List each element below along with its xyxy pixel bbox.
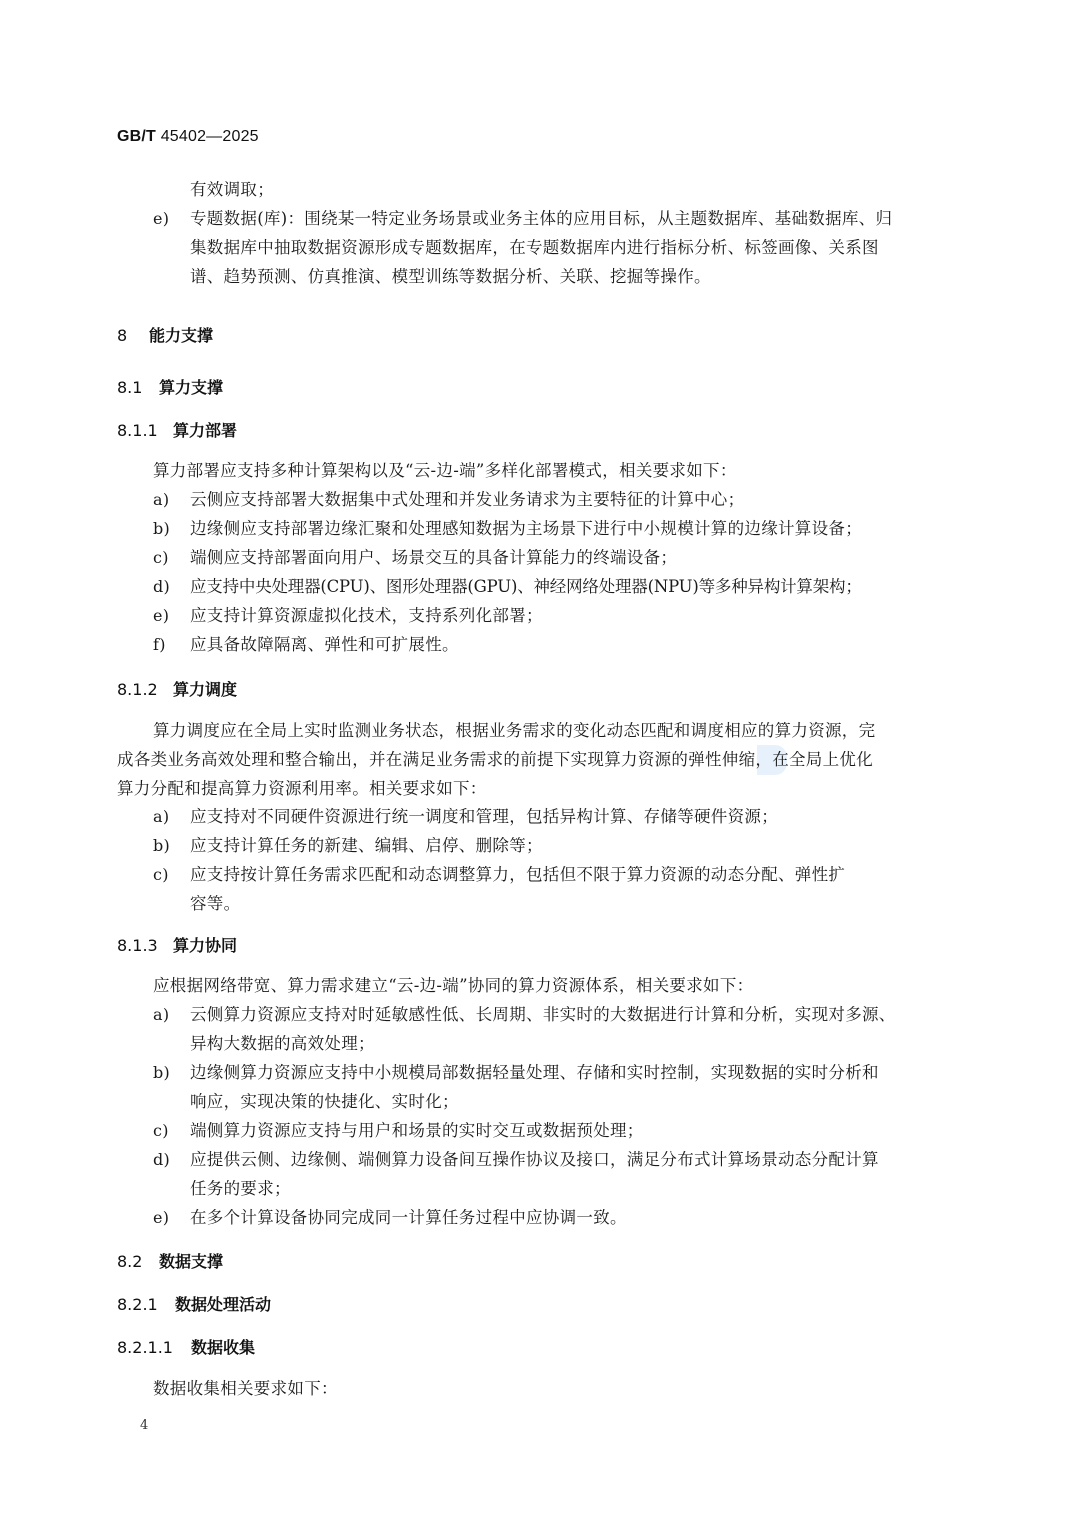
- paragraph: 应根据网络带宽、算力需求建立“云-边-端”协同的算力资源体系，相关要求如下：: [117, 971, 953, 1000]
- heading-8: 8能力支撑: [117, 323, 213, 346]
- heading-8-1-2: 8.1.2算力调度: [117, 677, 237, 700]
- page-number: 4: [140, 1418, 148, 1433]
- standard-code: GB/T 45402—2025: [117, 128, 259, 146]
- paragraph: 算力调度应在全局上实时监测业务状态，根据业务需求的变化动态匹配和调度相应的算力资…: [117, 716, 953, 803]
- heading-8-2-1: 8.2.1数据处理活动: [117, 1292, 271, 1315]
- heading-8-2-1-1: 8.2.1.1数据收集: [117, 1335, 255, 1358]
- document-page: GB/T 45402—2025 有效调取； e) 专题数据(库)：围绕某一特定业…: [0, 0, 1080, 1528]
- heading-8-2: 8.2数据支撑: [117, 1249, 223, 1272]
- heading-8-1-3: 8.1.3算力协同: [117, 933, 237, 956]
- standard-number: 45402—2025: [161, 128, 259, 145]
- paragraph: 算力部署应支持多种计算架构以及“云-边-端”多样化部署模式，相关要求如下：: [117, 456, 953, 485]
- heading-8-1: 8.1算力支撑: [117, 375, 223, 398]
- standard-prefix: GB/T: [117, 128, 156, 145]
- heading-8-1-1: 8.1.1算力部署: [117, 418, 237, 441]
- continuation-text: 有效调取；: [117, 175, 953, 204]
- paragraph: 数据收集相关要求如下：: [117, 1374, 953, 1403]
